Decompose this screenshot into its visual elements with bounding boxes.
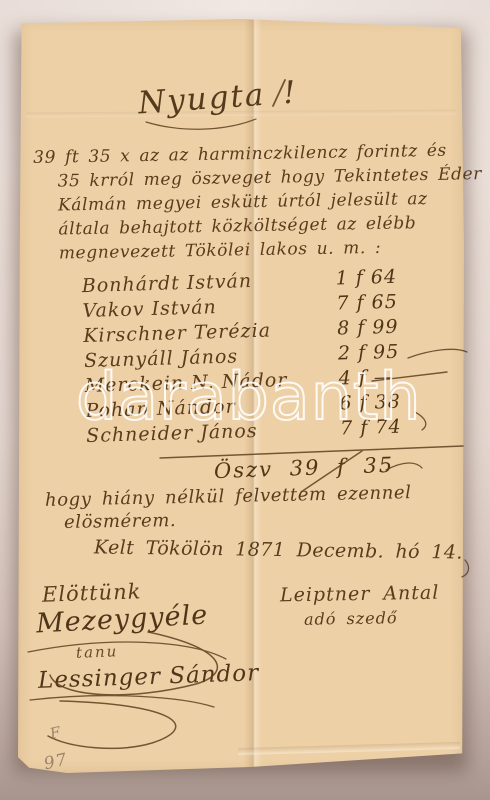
photograph-of-receipt: Nyugta ! 39 ft 35 x az az harminczkilenc… bbox=[0, 0, 490, 800]
issuer-signature: Leiptner Antal bbox=[280, 582, 440, 607]
total-amount: 39 f 35 bbox=[289, 453, 394, 481]
witness-heading: Elöttünk bbox=[42, 579, 142, 606]
total-label: Öszv bbox=[214, 457, 274, 483]
closing-line: hogy hiány nélkül felvettem ezennel bbox=[45, 482, 412, 511]
payer-amount: 8 f 99 bbox=[337, 315, 424, 340]
payer-amount: 7 f 65 bbox=[336, 290, 423, 315]
witness-role: tanu bbox=[76, 642, 119, 661]
total-line: Öszv 39 f 35 bbox=[214, 453, 395, 483]
payer-name: Vakov István bbox=[82, 296, 217, 322]
closing-line: elösmérem. bbox=[64, 510, 177, 533]
issuer-role: adó szedő bbox=[304, 608, 398, 629]
date-line: Kelt Tökölön 1871 Decemb. hó 14. bbox=[94, 536, 463, 563]
auction-house-watermark: darabanth bbox=[76, 358, 422, 438]
body-paragraph: 39 ft 35 x az az harminczkilencz forintz… bbox=[33, 138, 483, 266]
payer-amount: 1 f 64 bbox=[335, 265, 422, 290]
receipt-title: Nyugta ! bbox=[137, 74, 299, 121]
witness-signature: Lessinger Sándor bbox=[38, 660, 260, 694]
payer-name: Bonhárdt István bbox=[81, 270, 252, 297]
payer-name: Kirschner Terézia bbox=[83, 319, 271, 347]
